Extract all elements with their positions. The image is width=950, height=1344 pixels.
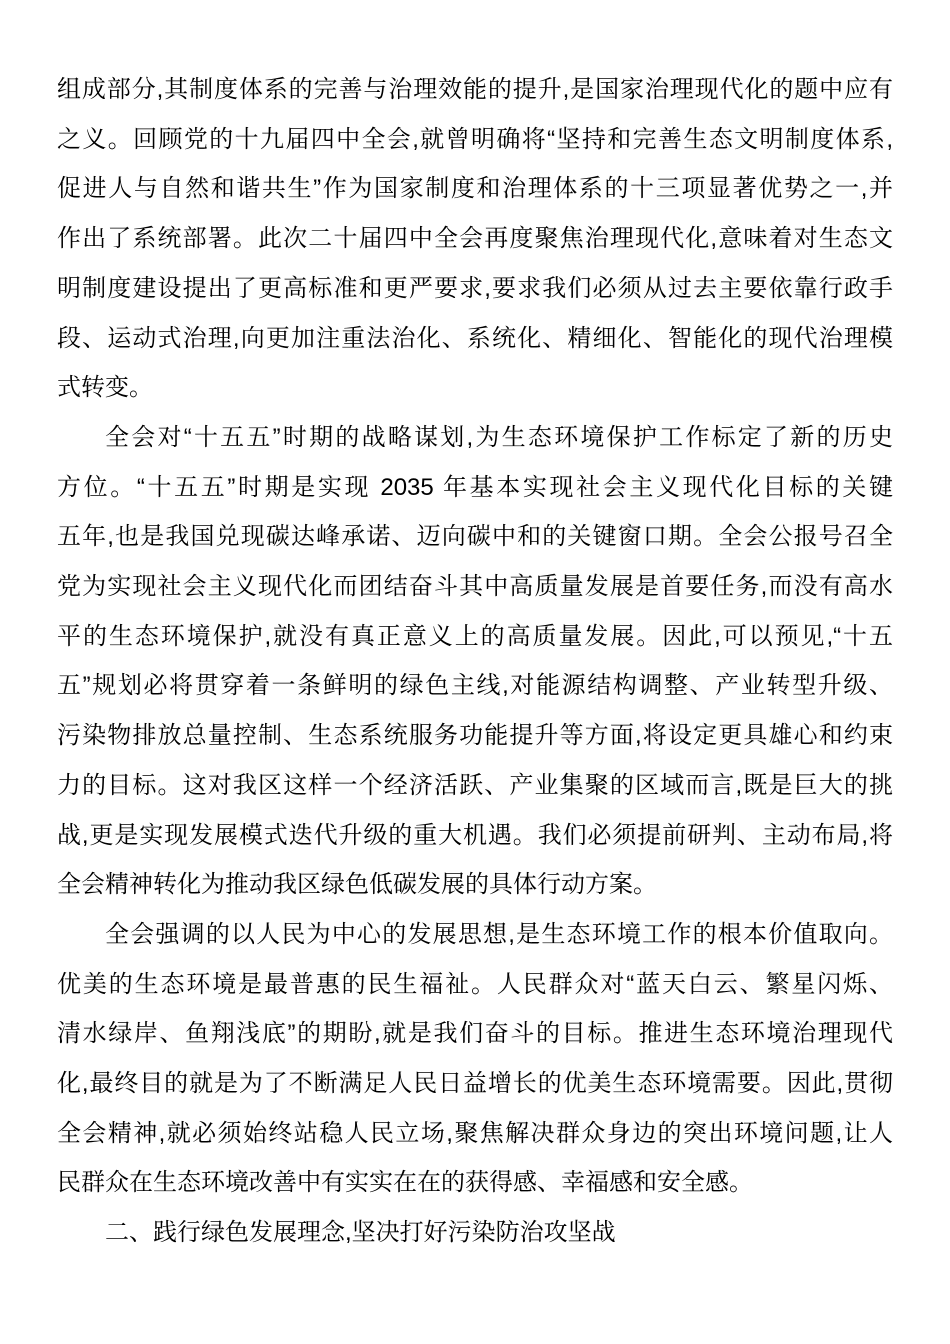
text-line: 清水绿岸、鱼翔浅底”的期盼,就是我们奋斗的目标。推进生态环境治理现代 <box>57 1009 893 1059</box>
text-line: 优美的生态环境是最普惠的民生福祉。人民群众对“蓝天白云、繁星闪烁、 <box>57 960 893 1010</box>
text-line: 明制度建设提出了更高标准和更严要求,要求我们必须从过去主要依靠行政手 <box>57 264 893 314</box>
text-line: 全会对“十五五”时期的战略谋划,为生态环境保护工作标定了新的历史 <box>57 413 893 463</box>
text-line: 方位。“十五五”时期是实现 2035 年基本实现社会主义现代化目标的关键 <box>57 463 893 513</box>
text-line: 平的生态环境保护,就没有真正意义上的高质量发展。因此,可以预见,“十五 <box>57 612 893 662</box>
document-page: 组成部分,其制度体系的完善与治理效能的提升,是国家治理现代化的题中应有之义。回顾… <box>0 0 950 1344</box>
text-line: 化,最终目的就是为了不断满足人民日益增长的优美生态环境需要。因此,贯彻 <box>57 1059 893 1109</box>
text-line: 污染物排放总量控制、生态系统服务功能提升等方面,将设定更具雄心和约束 <box>57 711 893 761</box>
body-paragraph: 全会强调的以人民为中心的发展思想,是生态环境工作的根本价值取向。优美的生态环境是… <box>57 910 893 1208</box>
text-line: 五年,也是我国兑现碳达峰承诺、迈向碳中和的关键窗口期。全会公报号召全 <box>57 512 893 562</box>
body-paragraph: 全会对“十五五”时期的战略谋划,为生态环境保护工作标定了新的历史方位。“十五五”… <box>57 413 893 910</box>
body-paragraph: 组成部分,其制度体系的完善与治理效能的提升,是国家治理现代化的题中应有之义。回顾… <box>57 65 893 413</box>
text-line: 促进人与自然和谐共生”作为国家制度和治理体系的十三项显著优势之一,并 <box>57 164 893 214</box>
text-line: 五”规划必将贯穿着一条鲜明的绿色主线,对能源结构调整、产业转型升级、 <box>57 661 893 711</box>
document-content: 组成部分,其制度体系的完善与治理效能的提升,是国家治理现代化的题中应有之义。回顾… <box>57 65 893 1258</box>
text-line: 党为实现社会主义现代化而团结奋斗其中高质量发展是首要任务,而没有高水 <box>57 562 893 612</box>
text-line: 组成部分,其制度体系的完善与治理效能的提升,是国家治理现代化的题中应有 <box>57 65 893 115</box>
text-line: 段、运动式治理,向更加注重法治化、系统化、精细化、智能化的现代治理模 <box>57 314 893 364</box>
text-line: 作出了系统部署。此次二十届四中全会再度聚焦治理现代化,意味着对生态文 <box>57 214 893 264</box>
text-line: 全会精神,就必须始终站稳人民立场,聚焦解决群众身边的突出环境问题,让人 <box>57 1109 893 1159</box>
text-line: 之义。回顾党的十九届四中全会,就曾明确将“坚持和完善生态文明制度体系, <box>57 115 893 165</box>
section-heading: 二、践行绿色发展理念,坚决打好污染防治攻坚战 <box>57 1208 893 1258</box>
text-line: 力的目标。这对我区这样一个经济活跃、产业集聚的区域而言,既是巨大的挑 <box>57 761 893 811</box>
text-line: 式转变。 <box>57 363 893 413</box>
text-line: 民群众在生态环境改善中有实实在在的获得感、幸福感和安全感。 <box>57 1158 893 1208</box>
text-line: 全会精神转化为推动我区绿色低碳发展的具体行动方案。 <box>57 860 893 910</box>
text-line: 战,更是实现发展模式迭代升级的重大机遇。我们必须提前研判、主动布局,将 <box>57 811 893 861</box>
heading-line: 二、践行绿色发展理念,坚决打好污染防治攻坚战 <box>57 1208 893 1258</box>
text-line: 全会强调的以人民为中心的发展思想,是生态环境工作的根本价值取向。 <box>57 910 893 960</box>
